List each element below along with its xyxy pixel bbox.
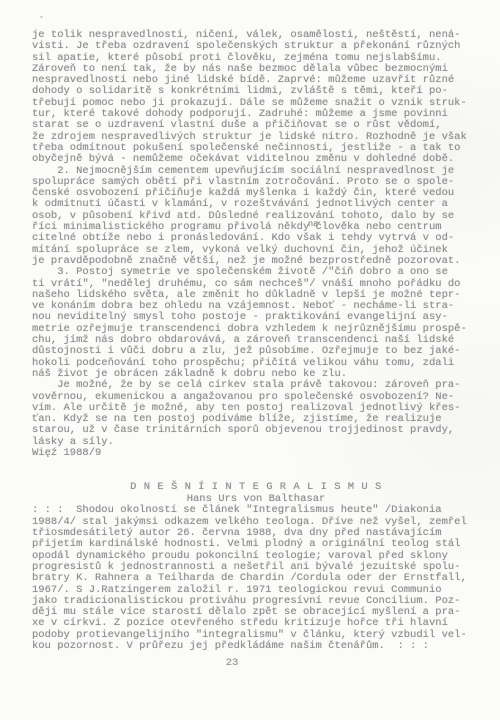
paragraph-1: je tolik nespravedlnosti, ničení, válek,… xyxy=(32,30,480,166)
article-title: D N E Š N Í I N T E G R A L I S M U S xyxy=(32,482,480,493)
paragraph-2: 2. Nejmocnějším cementem upevňujícím soc… xyxy=(32,166,480,268)
scan-speck xyxy=(40,16,43,18)
paragraph-4: Je možné, že by se celá církev stala prá… xyxy=(32,380,480,448)
paragraph-3: 3. Postoj symetrie ve společenském život… xyxy=(32,267,480,380)
editorial-intro-paragraph: : : : Shodou okolností se článek "Integr… xyxy=(32,505,480,652)
scanned-document-page: je tolik nespravedlnosti, ničení, válek,… xyxy=(0,0,500,720)
page-number: 23 xyxy=(32,658,480,669)
journal-reference: Więź 1988/9 xyxy=(32,448,480,459)
typed-insertion-above-line: na xyxy=(308,220,318,229)
